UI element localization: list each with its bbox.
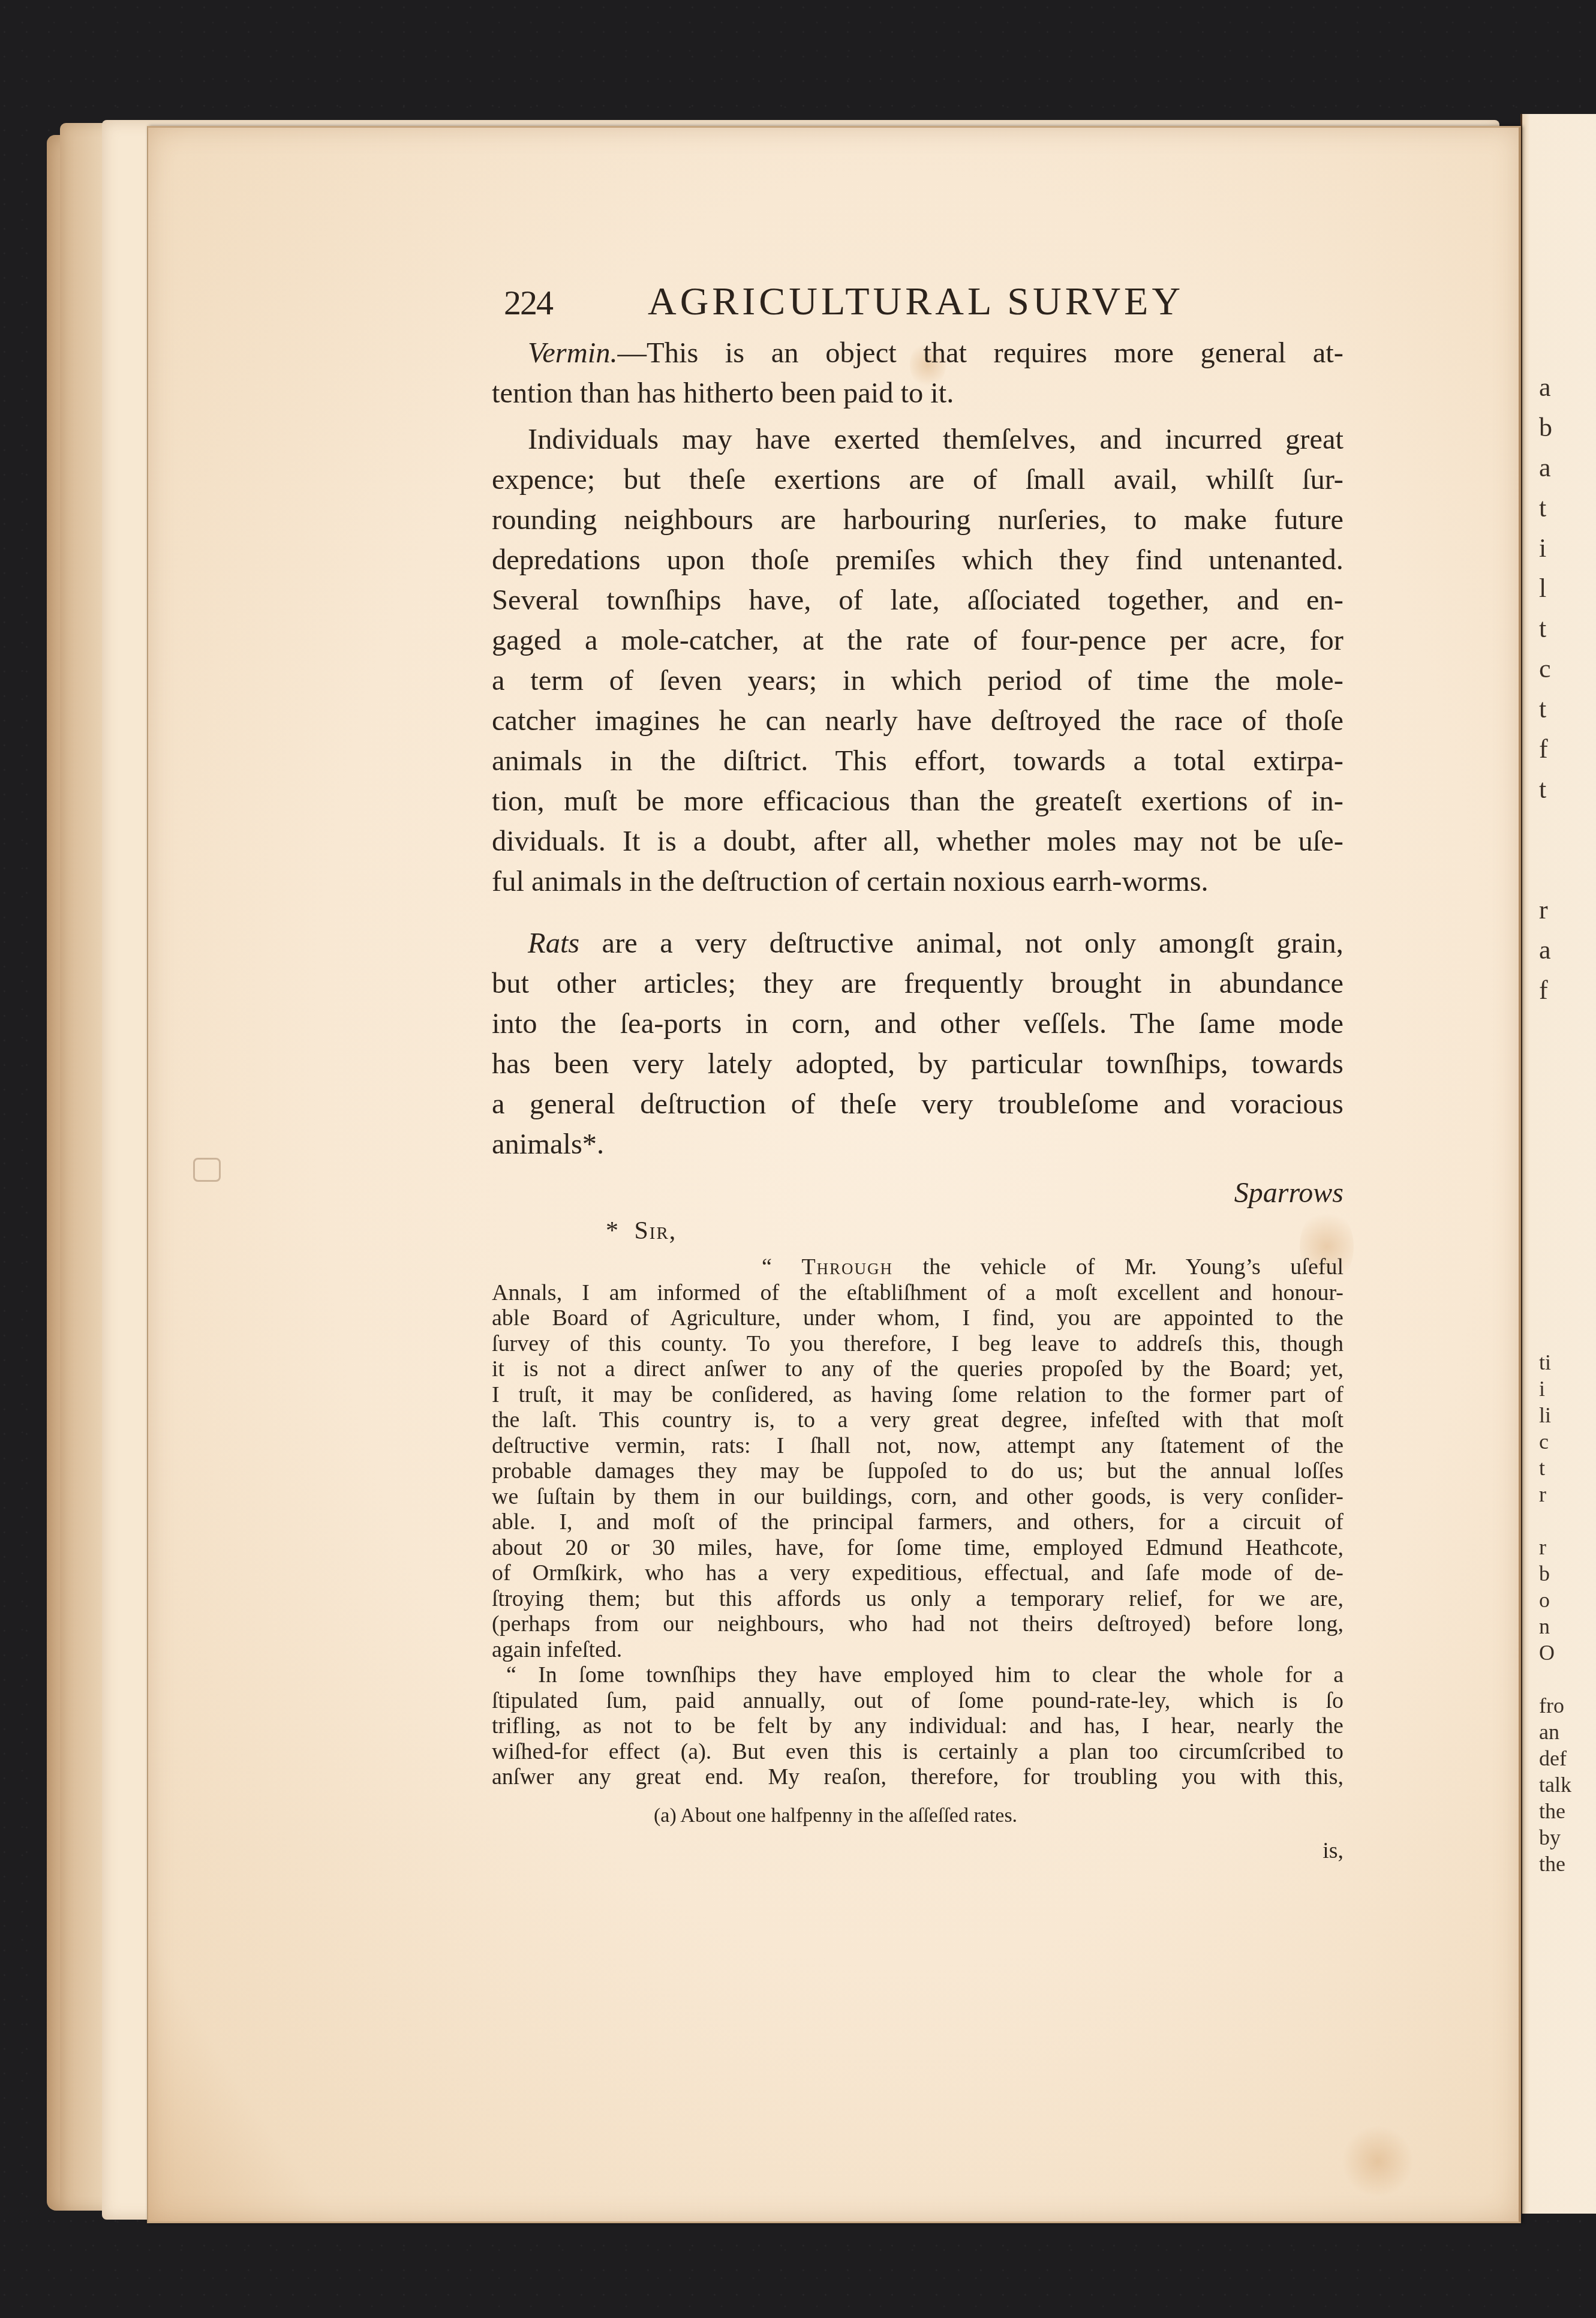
foxing-stain [1342,2125,1414,2197]
facing-page-text-fragment: O [1539,1640,1555,1665]
footnote-line: deſtructive vermin, rats: I ſhall not, n… [492,1433,1343,1459]
paragraph-individuals: Individuals may have exerted themſelves,… [492,419,1343,902]
footnote-line: it is not a direct anſwer to any of the … [492,1356,1343,1382]
footnote-reference-line: animals*. [492,1124,1343,1164]
facing-page-text-fragment: talk [1539,1772,1571,1797]
facing-page-text-fragment: i [1539,1376,1545,1401]
paragraph-rats: Rats are a very deſtructive animal, not … [492,923,1343,1164]
section-heading-rats: Rats [528,927,579,959]
footnote-line: ſurvey of this county. To you therefore,… [492,1331,1343,1357]
facing-page-text-fragment: by [1539,1825,1561,1850]
footnote-line: again infeſted. [492,1637,1343,1663]
facing-page-text-fragment: the [1539,1798,1565,1824]
footnote-line: we ſuſtain by them in our buildings, cor… [492,1484,1343,1510]
text-line: has been very lately adopted, by particu… [492,1044,1343,1084]
text-line: animals in the diſtrict. This effort, to… [492,741,1343,781]
footnote-line: able Board of Agriculture, under whom, I… [492,1305,1343,1331]
text-line: Vermin.—This is an object that requires … [492,333,1343,373]
section-heading-vermin: Vermin. [528,337,618,369]
facing-page-text-fragment: fro [1539,1693,1564,1718]
text-line: a term of ſeven years; in which period o… [492,660,1343,701]
text-line: rounding neighbours are harbouring nurſe… [492,500,1343,540]
footnote-line: wiſhed-for effect (a). But even this is … [492,1739,1343,1765]
footnote-line: able. I, and moſt of the principal farme… [492,1509,1343,1535]
facing-page-text-fragment: f [1539,734,1548,764]
facing-page-text-fragment: r [1539,1482,1546,1507]
footnote-marker: * [606,1217,623,1245]
text-line: dividuals. It is a doubt, after all, whe… [492,821,1343,861]
footnote-line: (perhaps from our neighbours, who had no… [492,1611,1343,1637]
text-line: gaged a mole-catcher, at the rate of fou… [492,620,1343,660]
facing-page-text-fragment: li [1539,1403,1551,1428]
text-block: 224 AGRICULTURAL SURVEY Vermin.—This is … [492,279,1343,1863]
running-title: AGRICULTURAL SURVEY [648,279,1184,325]
text-line: tention than has hitherto been paid to i… [492,373,1343,413]
facing-page-text-fragment: an [1539,1719,1559,1744]
facing-page-text-fragment: i [1539,533,1546,563]
page-number: 224 [504,283,648,323]
text-line: Rats are a very deſtructive animal, not … [492,923,1343,963]
footnote-catchword: is, [492,1838,1343,1864]
text-line: Several townſhips have, of late, aſſocia… [492,580,1343,620]
paragraph-vermin: Vermin.—This is an object that requires … [492,333,1343,413]
emboss-mark [193,1158,221,1182]
text-line: ful animals in the deſtruction of certai… [492,861,1343,902]
footnote-line: “ Through the vehicle of Mr. Young’s uſe… [492,1254,1343,1280]
facing-page-text-fragment: n [1539,1614,1550,1639]
footnote-line: anſwer any great end. My reaſon, therefo… [492,1764,1343,1790]
footnote-line: ſtroying them; but this affords us only … [492,1586,1343,1612]
facing-page-text-fragment: o [1539,1587,1550,1613]
facing-page-text-fragment: t [1539,493,1546,523]
facing-page-text-fragment: b [1539,412,1552,443]
facing-page-text-fragment: a [1539,452,1551,483]
running-head: 224 AGRICULTURAL SURVEY [504,279,1343,333]
text-line: catcher imagines he can nearly have deſt… [492,701,1343,741]
facing-page-fragment: abatiltctftraftiilictrrbonOfroandeftalkt… [1520,114,1596,2214]
footnote-opening-word: Through [801,1254,893,1280]
facing-page-text-fragment: the [1539,1851,1565,1876]
footnote-line: about 20 or 30 miles, have, for ſome tim… [492,1535,1343,1561]
footnote: * Sir, “ Through the vehicle of Mr. Youn… [492,1218,1343,1863]
text-line: tion, muſt be more efficacious than the … [492,781,1343,821]
facing-page-text-fragment: t [1539,613,1546,644]
facing-page-text-fragment: a [1539,935,1551,965]
text-line: into the ſea-ports in corn, and other ve… [492,1004,1343,1044]
footnote-line: “ In ſome townſhips they have employed h… [492,1662,1343,1688]
text-line: a general deſtruction of theſe very trou… [492,1084,1343,1124]
facing-page-text-fragment: l [1539,573,1546,603]
facing-page-text-fragment: r [1539,894,1548,925]
text-line: depredations upon thoſe premiſes which t… [492,540,1343,580]
sub-footnote-a: (a) About one halfpenny in the aſſeſſed … [492,1803,1343,1833]
footnote-salutation: * Sir, [492,1218,1343,1254]
footnote-line: Annals, I am informed of the eſtabliſhme… [492,1280,1343,1306]
facing-page-text-fragment: t [1539,774,1546,804]
facing-page-text-fragment: b [1539,1561,1550,1586]
facing-page-text-fragment: t [1539,693,1546,724]
text-line: but other articles; they are frequently … [492,963,1343,1004]
paragraph-gap [492,902,1343,923]
facing-page-text-fragment: f [1539,975,1548,1005]
facing-page-text-fragment: def [1539,1746,1567,1771]
facing-page-text-fragment: a [1539,372,1551,403]
facing-page-text-fragment: r [1539,1535,1546,1560]
footnote-line: I truſt, it may be conſidered, as having… [492,1382,1343,1408]
footnote-line: the laſt. This country is, to a very gre… [492,1407,1343,1433]
footnote-line: ſtipulated ſum, paid annually, out of ſo… [492,1688,1343,1714]
facing-page-text-fragment: ti [1539,1350,1551,1375]
text-line: Individuals may have exerted themſelves,… [492,419,1343,460]
facing-page-text-fragment: t [1539,1455,1545,1481]
footnote-line: probable damages they may be ſuppoſed to… [492,1458,1343,1484]
catchword: Sparrows [492,1176,1343,1218]
text-line: expence; but theſe exertions are of ſmal… [492,460,1343,500]
facing-page-text-fragment: c [1539,653,1551,684]
footnote-line: trifling, as not to be felt by any indiv… [492,1713,1343,1739]
footnote-line: of Ormſkirk, who has a very expeditious,… [492,1560,1343,1586]
facing-page-text-fragment: c [1539,1429,1549,1454]
